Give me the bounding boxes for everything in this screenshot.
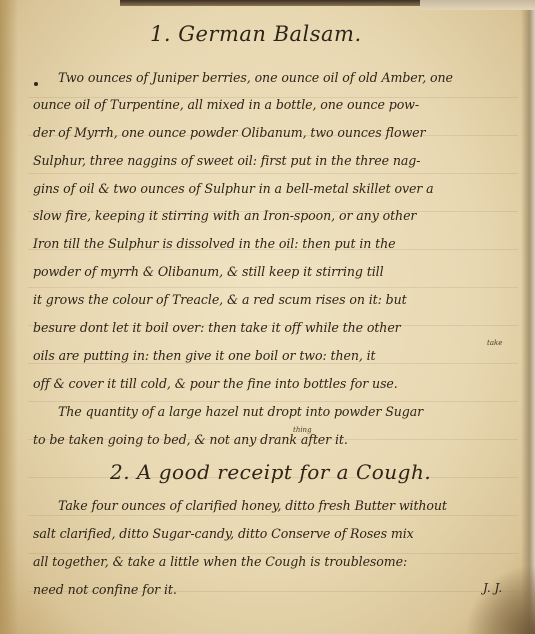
ink-blot	[34, 82, 38, 86]
insertion-take: take	[487, 339, 502, 347]
recipe-1-line-2: ounce oil of Turpentine, all mixed in a …	[33, 97, 419, 112]
binding-shadow	[0, 0, 18, 634]
recipe-1-line-8: powder of myrrh & Olibanum, & still keep…	[33, 264, 384, 279]
recipe-1-title: 1. German Balsam.	[150, 22, 362, 46]
recipe-1-line-11: oils are putting in: then give it one bo…	[33, 348, 376, 363]
recipe-1-line-14: to be taken going to bed, & not any dran…	[33, 432, 348, 447]
recipe-1-line-9: it grows the colour of Treacle, & a red …	[33, 292, 407, 307]
recipe-2-line-4: need not confine for it.	[33, 582, 177, 597]
page-corner-edge	[420, 0, 535, 10]
recipe-2-line-1: Take four ounces of clarified honey, dit…	[58, 498, 447, 513]
recipe-1-line-5: gins of oil & two ounces of Sulphur in a…	[33, 181, 434, 196]
page-right-edge	[521, 10, 535, 634]
recipe-1-line-4: Sulphur, three naggins of sweet oil: fir…	[33, 153, 420, 168]
recipe-2-line-3: all together, & take a little when the C…	[33, 554, 407, 569]
recipe-1-line-12: off & cover it till cold, & pour the fin…	[33, 376, 398, 391]
signature-initials: J. J.	[483, 581, 502, 595]
recipe-1-line-6: slow fire, keeping it stirring with an I…	[33, 208, 416, 223]
recipe-1-line-1: Two ounces of Juniper berries, one ounce…	[58, 70, 453, 85]
manuscript-page: 1. German Balsam. Two ounces of Juniper …	[0, 0, 535, 634]
recipe-2-title: 2. A good receipt for a Cough.	[110, 460, 431, 484]
recipe-1-line-13: The quantity of a large hazel nut dropt …	[58, 404, 423, 419]
recipe-2-line-2: salt clarified, ditto Sugar-candy, ditto…	[33, 526, 414, 541]
recipe-1-line-7: Iron till the Sulphur is dissolved in th…	[33, 236, 396, 251]
book-top-edge	[120, 0, 420, 6]
recipe-1-line-3: der of Myrrh, one ounce powder Olibanum,…	[33, 125, 425, 140]
insertion-thing: thing	[293, 426, 312, 434]
recipe-1-line-10: besure dont let it boil over: then take …	[33, 320, 401, 335]
